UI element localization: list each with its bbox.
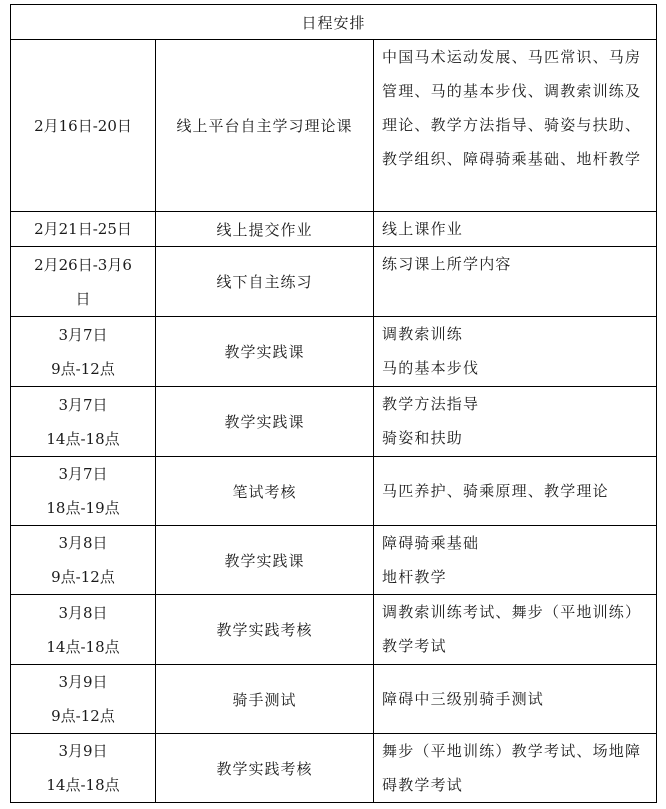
date-line: 2月26日-3月6 — [11, 248, 155, 282]
content-cell: 中国马术运动发展、马匹常识、马房管理、马的基本步伐、调教索训练及理论、教学方法指… — [374, 40, 657, 212]
content-cell: 调教索训练考试、舞步（平地训练）教学考试 — [374, 595, 657, 665]
date-cell: 2月16日-20日 — [11, 40, 156, 212]
date-line: 14点-18点 — [11, 422, 155, 456]
session-type-cell: 笔试考核 — [156, 457, 374, 526]
table-row: 3月9日14点-18点教学实践考核舞步（平地训练）教学考试、场地障碍教学考试 — [11, 734, 657, 803]
content-cell: 障碍骑乘基础地杆教学 — [374, 526, 657, 595]
content-line: 调教索训练 — [382, 317, 650, 351]
content-cell: 马匹养护、骑乘原理、教学理论 — [374, 457, 657, 526]
content-line: 地杆教学 — [382, 560, 650, 594]
table-row: 3月7日9点-12点教学实践课调教索训练马的基本步伐 — [11, 317, 657, 387]
content-line: 骑姿和扶助 — [382, 421, 650, 455]
date-line: 9点-12点 — [11, 352, 155, 386]
date-line: 3月8日 — [11, 526, 155, 560]
date-line: 2月16日-20日 — [11, 109, 155, 143]
date-cell: 3月9日14点-18点 — [11, 734, 156, 803]
content-line: 教学考试 — [382, 629, 650, 663]
date-cell: 2月26日-3月6日 — [11, 247, 156, 317]
session-type-cell: 线上提交作业 — [156, 212, 374, 247]
table-row: 3月8日9点-12点教学实践课障碍骑乘基础地杆教学 — [11, 526, 657, 595]
date-cell: 2月21日-25日 — [11, 212, 156, 247]
content-line: 线上课作业 — [382, 212, 650, 246]
table-row: 2月16日-20日线上平台自主学习理论课中国马术运动发展、马匹常识、马房管理、马… — [11, 40, 657, 212]
content-line: 练习课上所学内容 — [382, 247, 650, 281]
content-cell: 教学方法指导骑姿和扶助 — [374, 387, 657, 457]
date-line: 日 — [11, 282, 155, 316]
content-cell: 舞步（平地训练）教学考试、场地障碍教学考试 — [374, 734, 657, 803]
date-line: 3月7日 — [11, 318, 155, 352]
content-cell: 练习课上所学内容 — [374, 247, 657, 317]
content-line: 障碍骑乘基础 — [382, 526, 650, 560]
date-cell: 3月9日9点-12点 — [11, 665, 156, 734]
table-row: 3月7日14点-18点教学实践课教学方法指导骑姿和扶助 — [11, 387, 657, 457]
date-cell: 3月8日14点-18点 — [11, 595, 156, 665]
date-cell: 3月7日9点-12点 — [11, 317, 156, 387]
table-row: 3月7日18点-19点笔试考核马匹养护、骑乘原理、教学理论 — [11, 457, 657, 526]
date-line: 9点-12点 — [11, 699, 155, 733]
session-type-cell: 线下自主练习 — [156, 247, 374, 317]
date-line: 9点-12点 — [11, 560, 155, 594]
title-row: 日程安排 — [11, 5, 657, 40]
content-line: 障碍中三级别骑手测试 — [382, 682, 650, 716]
session-type-cell: 教学实践课 — [156, 387, 374, 457]
date-line: 3月7日 — [11, 457, 155, 491]
table-row: 3月9日9点-12点骑手测试障碍中三级别骑手测试 — [11, 665, 657, 734]
date-cell: 3月7日18点-19点 — [11, 457, 156, 526]
content-line: 调教索训练考试、舞步（平地训练） — [382, 595, 650, 629]
date-line: 3月7日 — [11, 388, 155, 422]
date-line: 18点-19点 — [11, 491, 155, 525]
schedule-table: 日程安排 2月16日-20日线上平台自主学习理论课中国马术运动发展、马匹常识、马… — [10, 4, 657, 803]
content-line: 舞步（平地训练）教学考试、场地障碍教学考试 — [382, 734, 650, 802]
date-line: 3月8日 — [11, 596, 155, 630]
content-line: 中国马术运动发展、马匹常识、马房管理、马的基本步伐、调教索训练及理论、教学方法指… — [382, 40, 650, 176]
date-line: 3月9日 — [11, 665, 155, 699]
content-line: 教学方法指导 — [382, 387, 650, 421]
session-type-cell: 线上平台自主学习理论课 — [156, 40, 374, 212]
content-cell: 线上课作业 — [374, 212, 657, 247]
table-row: 3月8日14点-18点教学实践考核调教索训练考试、舞步（平地训练）教学考试 — [11, 595, 657, 665]
content-cell: 调教索训练马的基本步伐 — [374, 317, 657, 387]
content-cell: 障碍中三级别骑手测试 — [374, 665, 657, 734]
table-row: 2月21日-25日线上提交作业线上课作业 — [11, 212, 657, 247]
session-type-cell: 教学实践考核 — [156, 595, 374, 665]
date-line: 14点-18点 — [11, 768, 155, 802]
table-row: 2月26日-3月6日线下自主练习练习课上所学内容 — [11, 247, 657, 317]
session-type-cell: 教学实践考核 — [156, 734, 374, 803]
session-type-cell: 骑手测试 — [156, 665, 374, 734]
content-line: 马匹养护、骑乘原理、教学理论 — [382, 474, 650, 508]
date-line: 14点-18点 — [11, 630, 155, 664]
session-type-cell: 教学实践课 — [156, 526, 374, 595]
content-line: 马的基本步伐 — [382, 351, 650, 385]
date-cell: 3月8日9点-12点 — [11, 526, 156, 595]
session-type-cell: 教学实践课 — [156, 317, 374, 387]
date-cell: 3月7日14点-18点 — [11, 387, 156, 457]
date-line: 2月21日-25日 — [11, 212, 155, 246]
date-line: 3月9日 — [11, 734, 155, 768]
table-title: 日程安排 — [11, 5, 657, 40]
